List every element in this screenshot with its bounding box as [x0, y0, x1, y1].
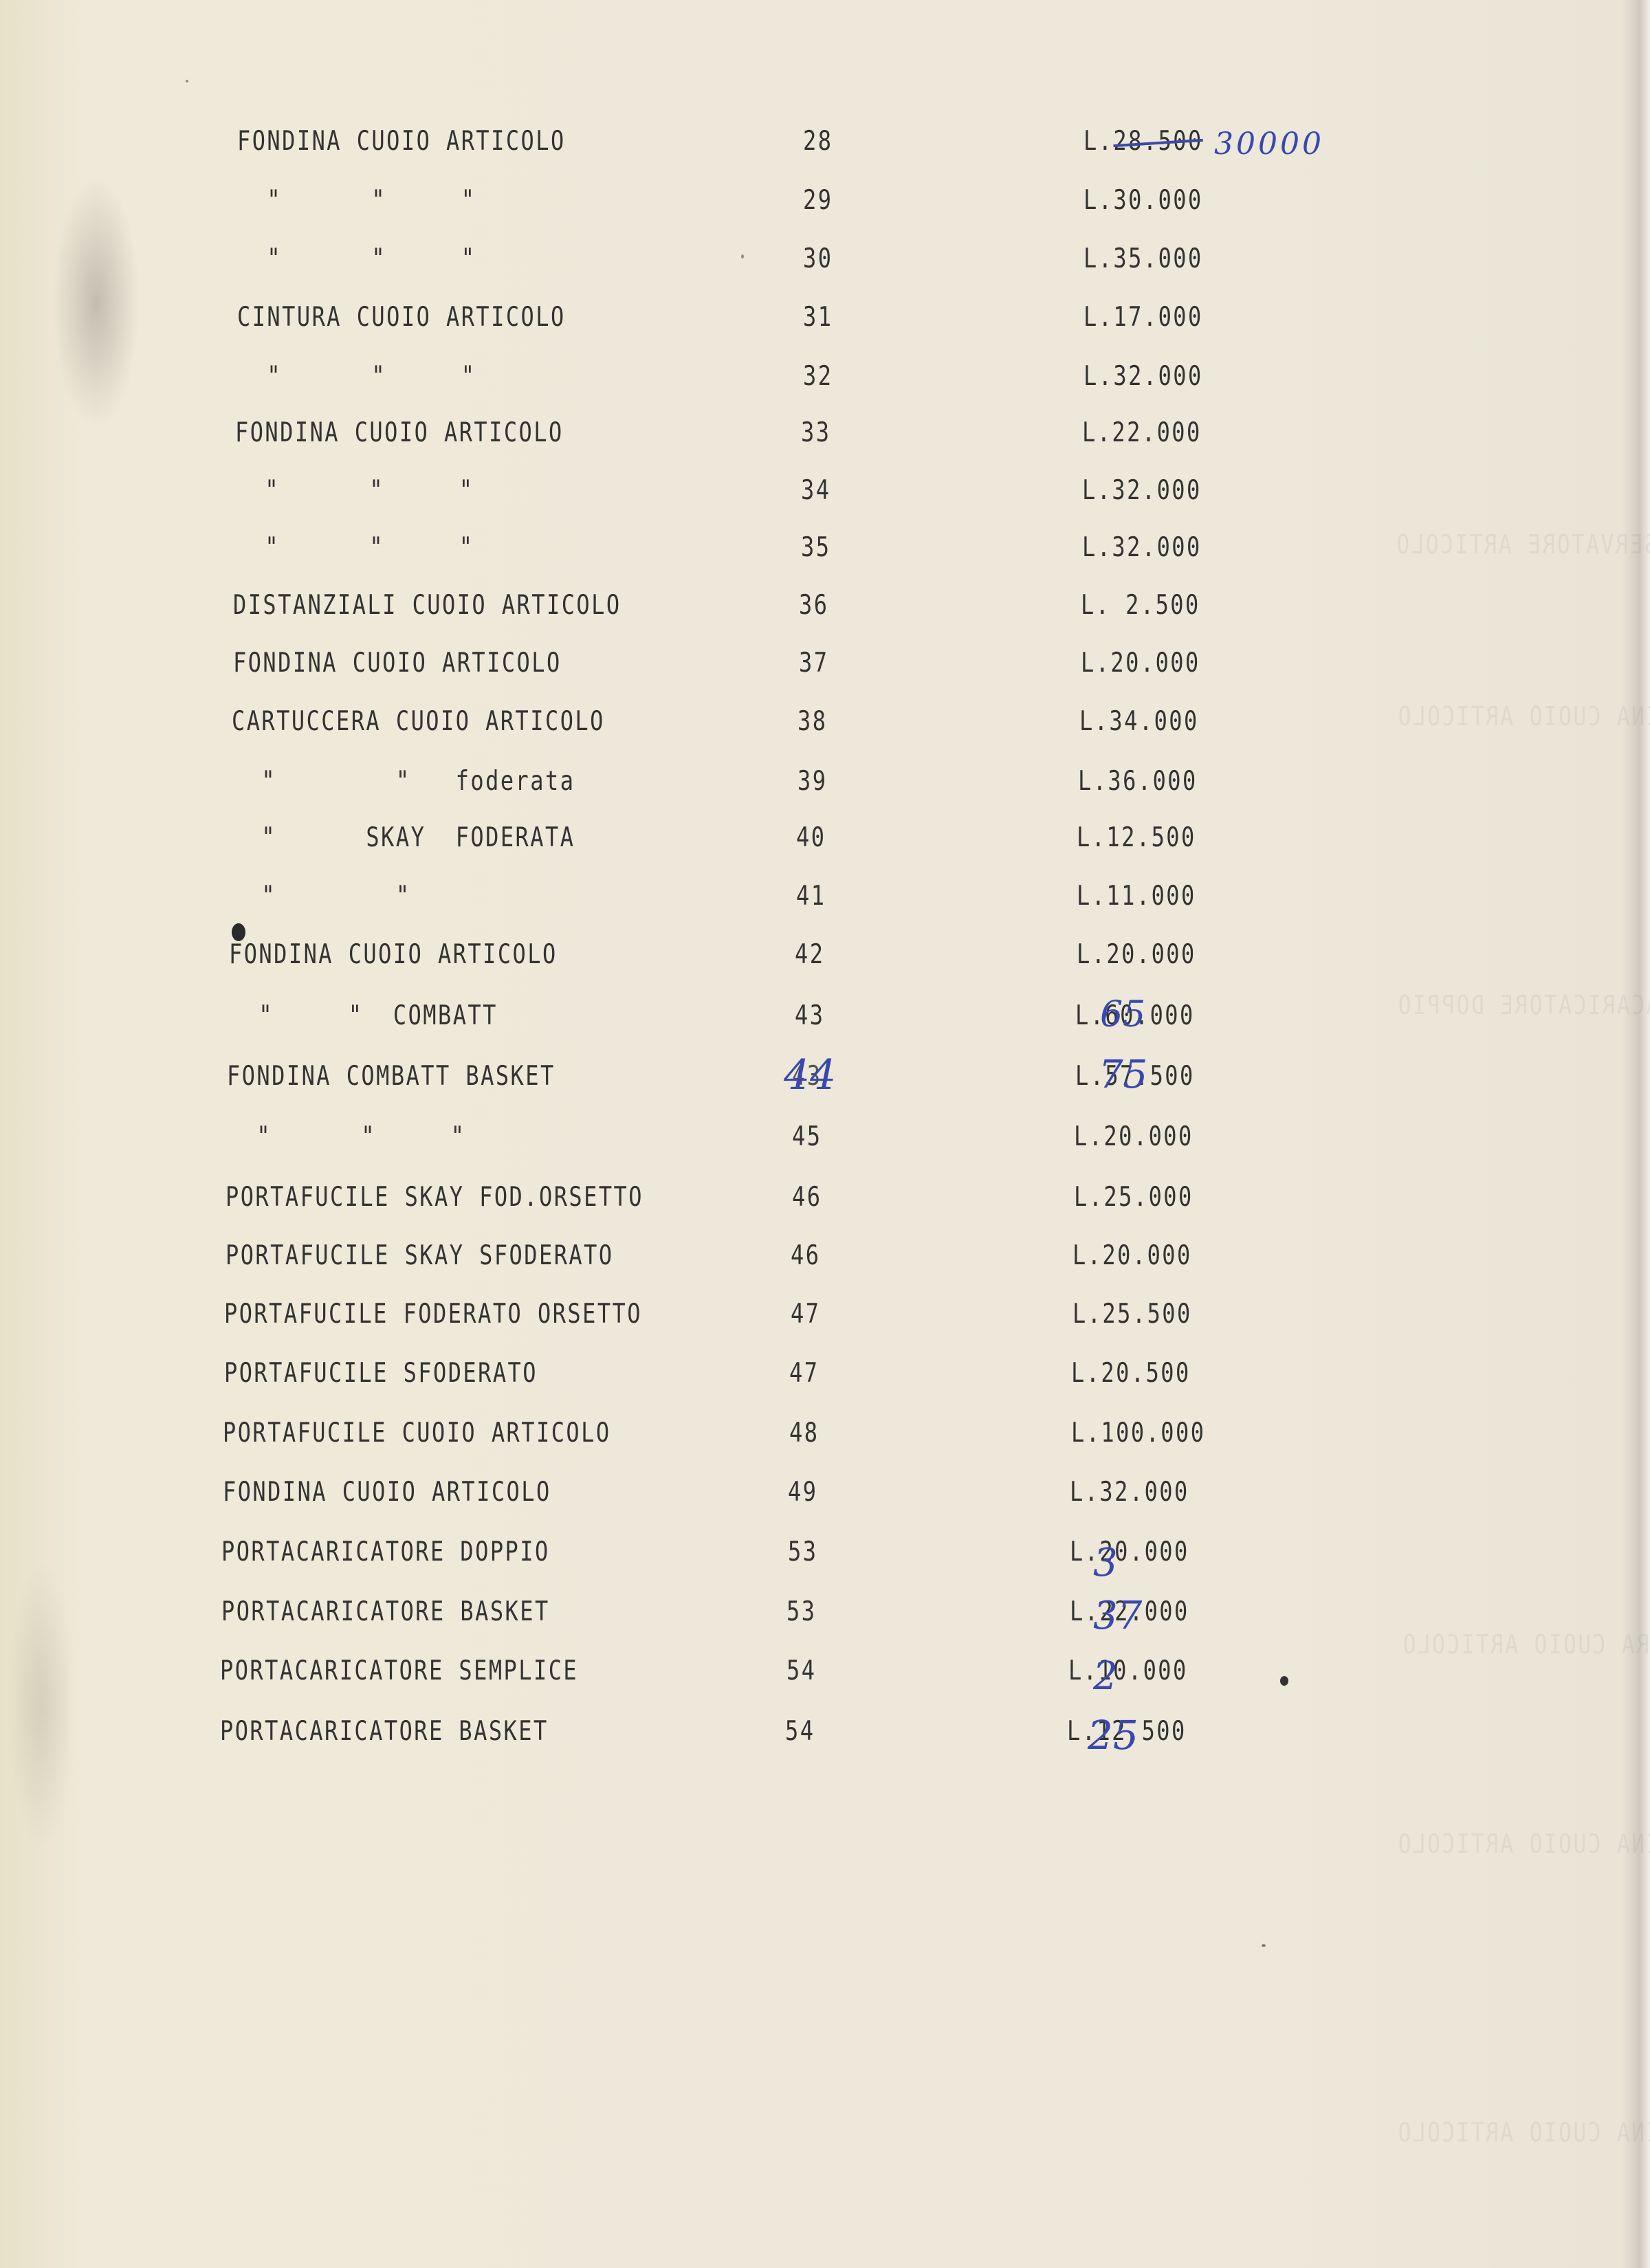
- price-row: CINTURA CUOIO ARTICOLO 31 L.17.000: [0, 297, 1650, 338]
- ditto-description: " " ": [237, 239, 476, 280]
- paper-speck: [186, 80, 188, 82]
- item-description: PORTACARICATORE BASKET: [220, 1711, 549, 1752]
- item-price: L.100.000: [1071, 1413, 1205, 1454]
- article-number: 41: [796, 876, 826, 917]
- ditto-description: " " ": [237, 356, 476, 397]
- article-number: 30: [803, 239, 833, 280]
- article-number: 37: [799, 643, 828, 684]
- item-price: L.32.000: [1082, 527, 1202, 569]
- handwritten-price-correction: 2: [1093, 1658, 1118, 1696]
- price-row: " SKAY FODERATA 40 L.12.500: [0, 817, 1650, 859]
- item-description: PORTACARICATORE BASKET: [221, 1592, 550, 1633]
- article-number: 34: [801, 470, 830, 511]
- price-row: FONDINA CUOIO ARTICOLO 49 L.32.000: [0, 1472, 1650, 1513]
- ditto-description: " " ": [237, 180, 476, 221]
- item-price: L.34.000: [1079, 701, 1199, 742]
- handwritten-price: 30000: [1214, 129, 1324, 159]
- item-description: PORTAFUCILE CUOIO ARTICOLO: [223, 1413, 611, 1454]
- price-row: DISTANZIALI CUOIO ARTICOLO 36 L. 2.500: [0, 585, 1650, 626]
- price-row: " " " 29 L.30.000: [0, 180, 1650, 221]
- article-number: 38: [797, 701, 827, 742]
- price-row: FONDINA CUOIO ARTICOLO 33 L.22.000: [0, 412, 1650, 454]
- price-row: " " " 45 L.20.000: [0, 1116, 1650, 1158]
- price-row: " " 41 L.11.000: [0, 876, 1650, 917]
- price-row: " " foderata 39 L.36.000: [0, 761, 1650, 802]
- item-price: L.25.000: [1074, 1177, 1193, 1218]
- article-number: 46: [791, 1235, 820, 1277]
- article-number: 29: [803, 180, 833, 221]
- price-row: PORTAFUCILE CUOIO ARTICOLO 48 L.100.000: [0, 1413, 1650, 1454]
- article-number: 45: [792, 1116, 822, 1158]
- price-row: FONDINA CUOIO ARTICOLO 42 L.20.000: [0, 934, 1650, 976]
- article-number: 48: [789, 1413, 819, 1454]
- item-price: L.36.000: [1078, 761, 1198, 802]
- ditto-description: " " ": [235, 470, 474, 511]
- price-row: " " COMBATT 43 L.60.000 65: [0, 995, 1650, 1037]
- item-description: FONDINA CUOIO ARTICOLO: [237, 121, 566, 162]
- price-row: PORTACARICATORE SEMPLICE 54 L.10.000 2: [0, 1651, 1650, 1692]
- price-row: PORTAFUCILE SKAY SFODERATO 46 L.20.000: [0, 1235, 1650, 1277]
- item-price: L.20.000: [1070, 1532, 1189, 1573]
- item-description: FONDINA CUOIO ARTICOLO: [235, 412, 564, 454]
- handwritten-price-correction: 37: [1093, 1597, 1142, 1636]
- item-description: CARTUCCERA CUOIO ARTICOLO: [232, 701, 605, 742]
- item-price: L.20.500: [1071, 1353, 1191, 1394]
- price-row: PORTAFUCILE FODERATO ORSETTO 47 L.25.500: [0, 1294, 1650, 1335]
- item-description: PORTAFUCILE SFODERATO: [224, 1353, 538, 1394]
- bleed-through-text: FONDINA CUOIO ARTICOLO: [1396, 1829, 1650, 1859]
- item-description: FONDINA CUOIO ARTICOLO: [229, 934, 558, 976]
- price-row: " " " 32 L.32.000: [0, 356, 1650, 397]
- item-description: FONDINA CUOIO ARTICOLO: [233, 643, 562, 684]
- price-row: PORTAFUCILE SFODERATO 47 L.20.500: [0, 1353, 1650, 1394]
- handwritten-price-correction: 75: [1099, 1056, 1147, 1094]
- article-number: 35: [801, 527, 830, 569]
- price-row: " " " 34 L.32.000: [0, 470, 1650, 511]
- article-number: 46: [792, 1177, 822, 1218]
- article-number: 39: [797, 761, 827, 802]
- handwritten-article-correction: 44: [784, 1055, 836, 1096]
- item-price: L.35.000: [1083, 239, 1203, 280]
- item-description: PORTAFUCILE FODERATO ORSETTO: [224, 1294, 642, 1335]
- item-description: PORTACARICATORE DOPPIO: [221, 1532, 550, 1573]
- price-row: " " " 30 L.35.000: [0, 239, 1650, 280]
- handwritten-price-correction: 25: [1088, 1715, 1138, 1755]
- ditto-description: " " foderata: [232, 761, 575, 802]
- paper-speck: [741, 254, 744, 258]
- handwritten-price-correction: 65: [1100, 997, 1145, 1033]
- article-number: 33: [801, 412, 830, 454]
- item-description: PORTACARICATORE SEMPLICE: [220, 1651, 578, 1692]
- item-description: CINTURA CUOIO ARTICOLO: [237, 297, 566, 338]
- article-number: 40: [796, 817, 826, 859]
- ditto-description: " ": [232, 876, 411, 917]
- item-price: L.11.000: [1077, 876, 1196, 917]
- item-description: PORTAFUCILE SKAY FOD.ORSETTO: [225, 1177, 643, 1218]
- item-description: DISTANZIALI CUOIO ARTICOLO: [233, 585, 621, 626]
- price-row: FONDINA CUOIO ARTICOLO 37 L.20.000: [0, 643, 1650, 684]
- item-price: L.20.000: [1081, 643, 1200, 684]
- price-row: FONDINA COMBATT BASKET 43 44 L.57.500 75: [0, 1056, 1650, 1097]
- item-price: L.10.000: [1068, 1651, 1188, 1692]
- ditto-description: " " ": [235, 527, 474, 569]
- article-number: 47: [789, 1353, 819, 1394]
- article-number: 53: [786, 1592, 816, 1633]
- item-description: FONDINA CUOIO ARTICOLO: [223, 1472, 551, 1513]
- item-price: L. 2.500: [1081, 585, 1200, 626]
- article-number: 43: [795, 995, 824, 1037]
- struck-price: 28.500: [1113, 126, 1202, 157]
- ditto-description: " " COMBATT: [229, 995, 498, 1037]
- price-row: PORTACARICATORE BASKET 54 L.12.500 25: [0, 1711, 1650, 1752]
- article-number: 36: [799, 585, 828, 626]
- handwritten-price-correction: 3: [1093, 1544, 1118, 1583]
- article-number: 54: [785, 1711, 815, 1752]
- item-price: L.25.500: [1072, 1294, 1192, 1335]
- price-row: FONDINA CUOIO ARTICOLO 28 L.28.500 30000: [0, 121, 1650, 162]
- article-number: 49: [788, 1472, 817, 1513]
- item-description: PORTAFUCILE SKAY SFODERATO: [225, 1235, 614, 1277]
- item-price: L.12.500: [1077, 817, 1196, 859]
- article-number: 28: [803, 121, 833, 162]
- price-row: PORTAFUCILE SKAY FOD.ORSETTO 46 L.25.000: [0, 1177, 1650, 1218]
- article-number: 47: [791, 1294, 820, 1335]
- paper-speck: [1262, 1944, 1266, 1947]
- item-price: L.20.000: [1072, 1235, 1192, 1277]
- ditto-description: " SKAY FODERATA: [232, 817, 575, 859]
- price-list-page: CONSERVATORE ARTICOLO FONDINA CUOIO ARTI…: [0, 0, 1650, 2268]
- item-price: L.17.000: [1083, 297, 1203, 338]
- item-price: L.20.000: [1077, 934, 1196, 976]
- article-number: 31: [803, 297, 833, 338]
- item-price: L.32.000: [1070, 1472, 1189, 1513]
- price-row: PORTACARICATORE BASKET 53 L.22.000 37: [0, 1592, 1650, 1633]
- article-number: 42: [795, 934, 824, 976]
- price-row: PORTACARICATORE DOPPIO 53 L.20.000 3: [0, 1532, 1650, 1573]
- item-price: L.28.500: [1083, 121, 1203, 162]
- item-price: L.20.000: [1074, 1116, 1193, 1158]
- item-price: L.32.000: [1082, 470, 1202, 511]
- ditto-description: " " ": [227, 1116, 465, 1158]
- bleed-through-text: FONDINA CUOIO ARTICOLO: [1396, 2117, 1650, 2148]
- ink-dot: [1280, 1676, 1288, 1686]
- article-number: 32: [803, 356, 833, 397]
- price-row: CARTUCCERA CUOIO ARTICOLO 38 L.34.000: [0, 701, 1650, 742]
- item-description: FONDINA COMBATT BASKET: [227, 1056, 555, 1097]
- item-price: L.32.000: [1083, 356, 1203, 397]
- item-price: L.22.000: [1082, 412, 1202, 454]
- item-price: L.30.000: [1083, 180, 1203, 221]
- article-number: 54: [786, 1651, 816, 1692]
- article-number: 53: [788, 1532, 817, 1573]
- price-row: " " " 35 L.32.000: [0, 527, 1650, 569]
